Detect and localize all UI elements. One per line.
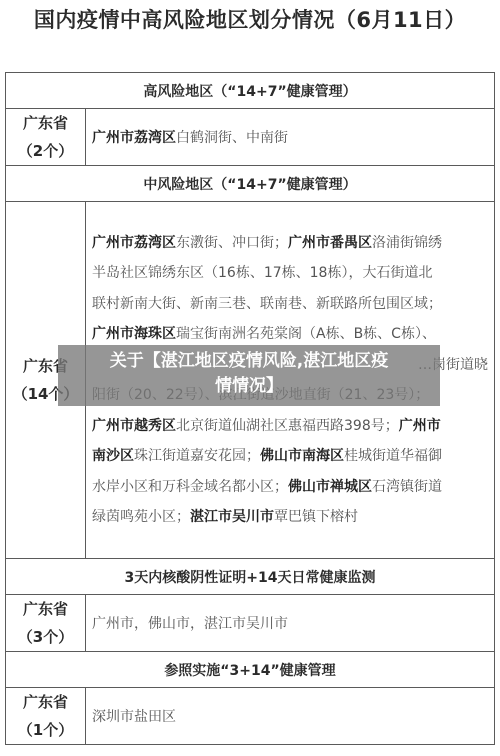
- street-list: 半岛社区锦绣东区（16栋、17栋、18栋），大石街道北: [92, 265, 432, 281]
- text-line: 广州市越秀区北京街道仙湖社区惠福西路398号；广州市: [92, 411, 488, 442]
- text-line: 南沙区珠江街道嘉安花园；佛山市南海区桂城街道华福御: [92, 441, 488, 472]
- area-count: （1个）: [6, 716, 85, 744]
- province-cell: 广东省 （2个）: [6, 109, 86, 166]
- section-header-high-risk: 高风险地区（“14+7”健康管理）: [6, 73, 495, 109]
- street-list: 联村新南大街、新南三巷、联南巷、新联路所包围区域；: [92, 296, 442, 312]
- text-line: 绿茵鸣苑小区；湛江市吴川市覃巴镇下榕村: [92, 502, 488, 533]
- text-line: 联村新南大街、新南三巷、联南巷、新联路所包围区域；: [92, 289, 488, 320]
- section-header-row: 中风险地区（“14+7”健康管理）: [6, 166, 495, 202]
- street-list: 珠江街道嘉安花园；: [134, 448, 260, 464]
- street-list: 洛浦街锦绣: [372, 235, 442, 251]
- street-list: 东漖街、冲口街；: [176, 235, 288, 251]
- section-header-row: 3天内核酸阴性证明+14天日常健康监测: [6, 559, 495, 595]
- area-list-cell: 深圳市盐田区: [86, 688, 495, 745]
- district-name: 佛山市南海区: [260, 448, 344, 464]
- table-row: 广东省 （1个） 深圳市盐田区: [6, 688, 495, 745]
- page-title: 国内疫情中高风险地区划分情况（6月11日）: [0, 4, 500, 34]
- area-count: （2个）: [6, 137, 85, 165]
- district-name: 湛江市吴川市: [190, 509, 274, 525]
- district-name: 广州市荔湾区: [92, 130, 176, 146]
- district-name: 佛山市禅城区: [288, 479, 372, 495]
- section-header-health-monitoring: 3天内核酸阴性证明+14天日常健康监测: [6, 559, 495, 595]
- section-header-3-plus-14: 参照实施“3+14”健康管理: [6, 652, 495, 688]
- street-list: 北京街道仙湖社区惠福西路398号；: [176, 418, 399, 434]
- street-list: 水岸小区和万科金域名都小区；: [92, 479, 288, 495]
- province-cell: 广东省 （1个）: [6, 688, 86, 745]
- district-name: 广州市越秀区: [92, 418, 176, 434]
- table-row: 广东省 （2个） 广州市荔湾区白鹤洞街、中南街: [6, 109, 495, 166]
- table-row: 广东省 （3个） 广州市，佛山市，湛江市吴川市: [6, 595, 495, 652]
- province-name: 广东省: [6, 688, 85, 716]
- street-list: 瑞宝街南洲名苑棠阁（A栋、B栋、C栋）、: [176, 326, 436, 342]
- district-name: 广州市海珠区: [92, 326, 176, 342]
- street-list: 桂城街道华福御: [344, 448, 442, 464]
- street-list: 石湾镇街道: [372, 479, 442, 495]
- overlay-title-line-1: 关于【湛江地区疫情风险,湛江地区疫: [58, 349, 440, 374]
- area-count: （3个）: [6, 623, 85, 651]
- street-list: 白鹤洞街、中南街: [176, 130, 288, 146]
- province-name: 广东省: [6, 595, 85, 623]
- text-line: 广州市荔湾区东漖街、冲口街；广州市番禺区洛浦街锦绣: [92, 228, 488, 259]
- section-header-medium-risk: 中风险地区（“14+7”健康管理）: [6, 166, 495, 202]
- district-name: 广州市荔湾区: [92, 235, 176, 251]
- street-list: 绿茵鸣苑小区；: [92, 509, 190, 525]
- district-name: 南沙区: [92, 448, 134, 464]
- province-cell: 广东省 （3个）: [6, 595, 86, 652]
- district-name: 广州市番禺区: [288, 235, 372, 251]
- text-line: 水岸小区和万科金域名都小区；佛山市禅城区石湾镇街道: [92, 472, 488, 503]
- area-list-cell: 广州市，佛山市，湛江市吴川市: [86, 595, 495, 652]
- area-list-cell: 广州市荔湾区白鹤洞街、中南街: [86, 109, 495, 166]
- overlay-title-line-2: 情情况】: [58, 374, 440, 399]
- section-header-row: 参照实施“3+14”健康管理: [6, 652, 495, 688]
- province-name: 广东省: [6, 109, 85, 137]
- district-name: 广州市: [399, 418, 441, 434]
- section-header-row: 高风险地区（“14+7”健康管理）: [6, 73, 495, 109]
- text-line: 半岛社区锦绣东区（16栋、17栋、18栋），大石街道北: [92, 258, 488, 289]
- street-list: 覃巴镇下榕村: [274, 509, 358, 525]
- risk-area-table: 高风险地区（“14+7”健康管理） 广东省 （2个） 广州市荔湾区白鹤洞街、中南…: [5, 72, 495, 745]
- article-title-overlay[interactable]: 关于【湛江地区疫情风险,湛江地区疫 情情况】: [58, 345, 440, 406]
